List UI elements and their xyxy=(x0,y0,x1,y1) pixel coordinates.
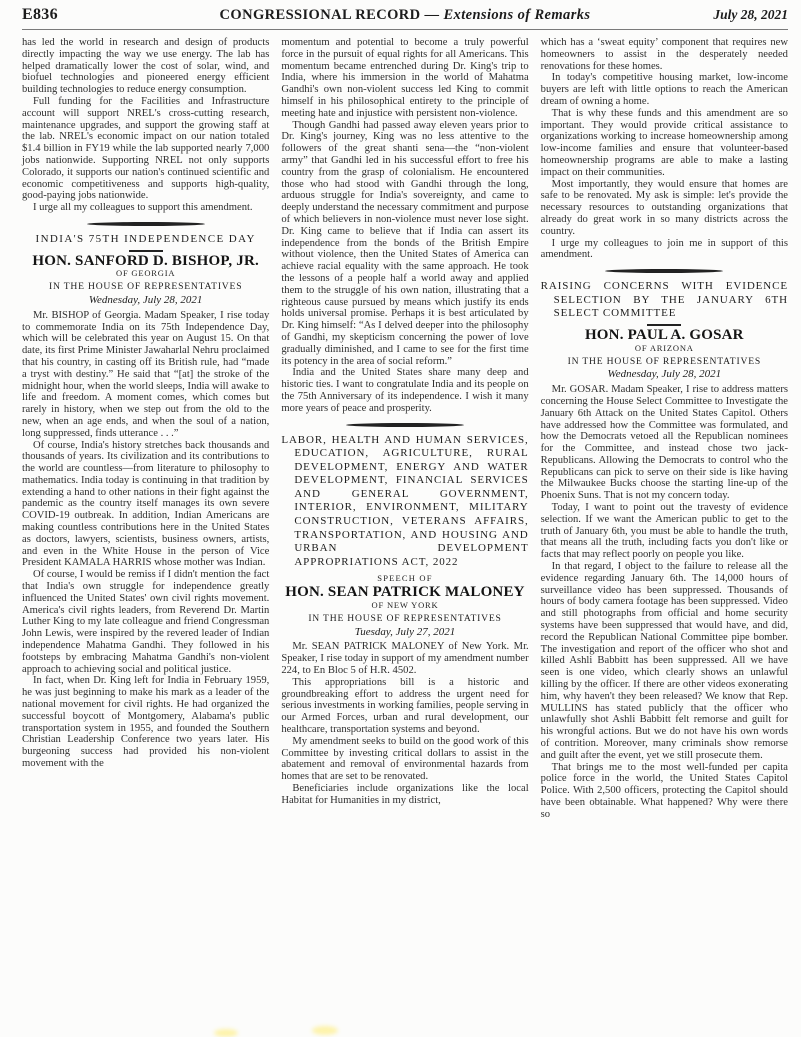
paragraph: which has a ‘sweat equity’ component tha… xyxy=(541,37,788,72)
title-rule xyxy=(647,324,681,326)
member-state: OF GEORGIA xyxy=(22,268,269,280)
paragraph: Though Gandhi had passed away eleven yea… xyxy=(281,120,528,368)
paragraph: That is why these funds and this amendme… xyxy=(541,108,788,179)
paragraph: In that regard, I object to the failure … xyxy=(541,561,788,762)
paragraph: Mr. BISHOP of Georgia. Madam Speaker, I … xyxy=(22,310,269,440)
running-head: E836 CONGRESSIONAL RECORD — Extensions o… xyxy=(22,6,788,30)
paragraph: I urge my colleagues to join me in suppo… xyxy=(541,238,788,262)
paragraph: Today, I want to point out the travesty … xyxy=(541,502,788,561)
paragraph: India and the United States share many d… xyxy=(281,367,528,414)
paragraph: In today's competitive housing market, l… xyxy=(541,72,788,107)
paragraph: Mr. GOSAR. Madam Speaker, I rise to addr… xyxy=(541,384,788,502)
scan-highlight-artifact xyxy=(312,1026,338,1035)
paragraph: My amendment seeks to build on the good … xyxy=(281,736,528,783)
column-3: which has a ‘sweat equity’ component tha… xyxy=(541,37,788,821)
member-state: OF ARIZONA xyxy=(541,343,788,355)
chamber-line: IN THE HOUSE OF REPRESENTATIVES xyxy=(22,281,269,293)
three-column-text: has led the world in research and design… xyxy=(22,37,788,821)
member-name: HON. PAUL A. GOSAR xyxy=(541,330,788,342)
sitting-date: Wednesday, July 28, 2021 xyxy=(22,295,269,307)
paragraph: Mr. SEAN PATRICK MALONEY of New York. Mr… xyxy=(281,641,528,676)
article-title: LABOR, HEALTH AND HUMAN SERVICES, EDUCAT… xyxy=(281,434,528,570)
masthead-title: CONGRESSIONAL RECORD — Extensions of Rem… xyxy=(172,7,638,24)
article-separator xyxy=(605,269,723,273)
paragraph: I urge all my colleagues to support this… xyxy=(22,202,269,214)
record-subtitle: Extensions of Remarks xyxy=(443,7,590,23)
paragraph: Of course, India's history stretches bac… xyxy=(22,440,269,570)
member-name: HON. SANFORD D. BISHOP, JR. xyxy=(22,256,269,268)
chamber-line: IN THE HOUSE OF REPRESENTATIVES xyxy=(281,613,528,625)
paragraph: Most importantly, they would ensure that… xyxy=(541,179,788,238)
paragraph: This appropriations bill is a historic a… xyxy=(281,677,528,736)
paragraph: has led the world in research and design… xyxy=(22,37,269,96)
page-number: E836 xyxy=(22,6,172,24)
masthead-dash-glyph: — xyxy=(425,7,440,23)
article-title: INDIA'S 75TH INDEPENDENCE DAY xyxy=(22,233,269,247)
article-separator xyxy=(346,423,464,427)
member-state: OF NEW YORK xyxy=(281,600,528,612)
record-title: CONGRESSIONAL RECORD xyxy=(220,7,421,23)
paragraph: Full funding for the Facilities and Infr… xyxy=(22,96,269,202)
scan-highlight-artifact xyxy=(214,1029,238,1037)
issue-date: July 28, 2021 xyxy=(638,7,788,23)
chamber-line: IN THE HOUSE OF REPRESENTATIVES xyxy=(541,356,788,368)
column-1: has led the world in research and design… xyxy=(22,37,269,821)
paragraph: That brings me to the most well-funded p… xyxy=(541,762,788,821)
article-separator xyxy=(87,222,205,226)
column-2: momentum and potential to become a truly… xyxy=(281,37,528,821)
paragraph: In fact, when Dr. King left for India in… xyxy=(22,675,269,769)
congressional-record-page: E836 CONGRESSIONAL RECORD — Extensions o… xyxy=(0,0,801,821)
article-title: RAISING CONCERNS WITH EVIDENCE SELECTION… xyxy=(541,280,788,321)
member-name: HON. SEAN PATRICK MALONEY xyxy=(281,587,528,599)
paragraph: momentum and potential to become a truly… xyxy=(281,37,528,120)
paragraph: Beneficiaries include organizations like… xyxy=(281,783,528,807)
paragraph: Of course, I would be remiss if I didn't… xyxy=(22,569,269,675)
sitting-date: Wednesday, July 28, 2021 xyxy=(541,369,788,381)
sitting-date: Tuesday, July 27, 2021 xyxy=(281,627,528,639)
title-rule xyxy=(129,250,163,252)
